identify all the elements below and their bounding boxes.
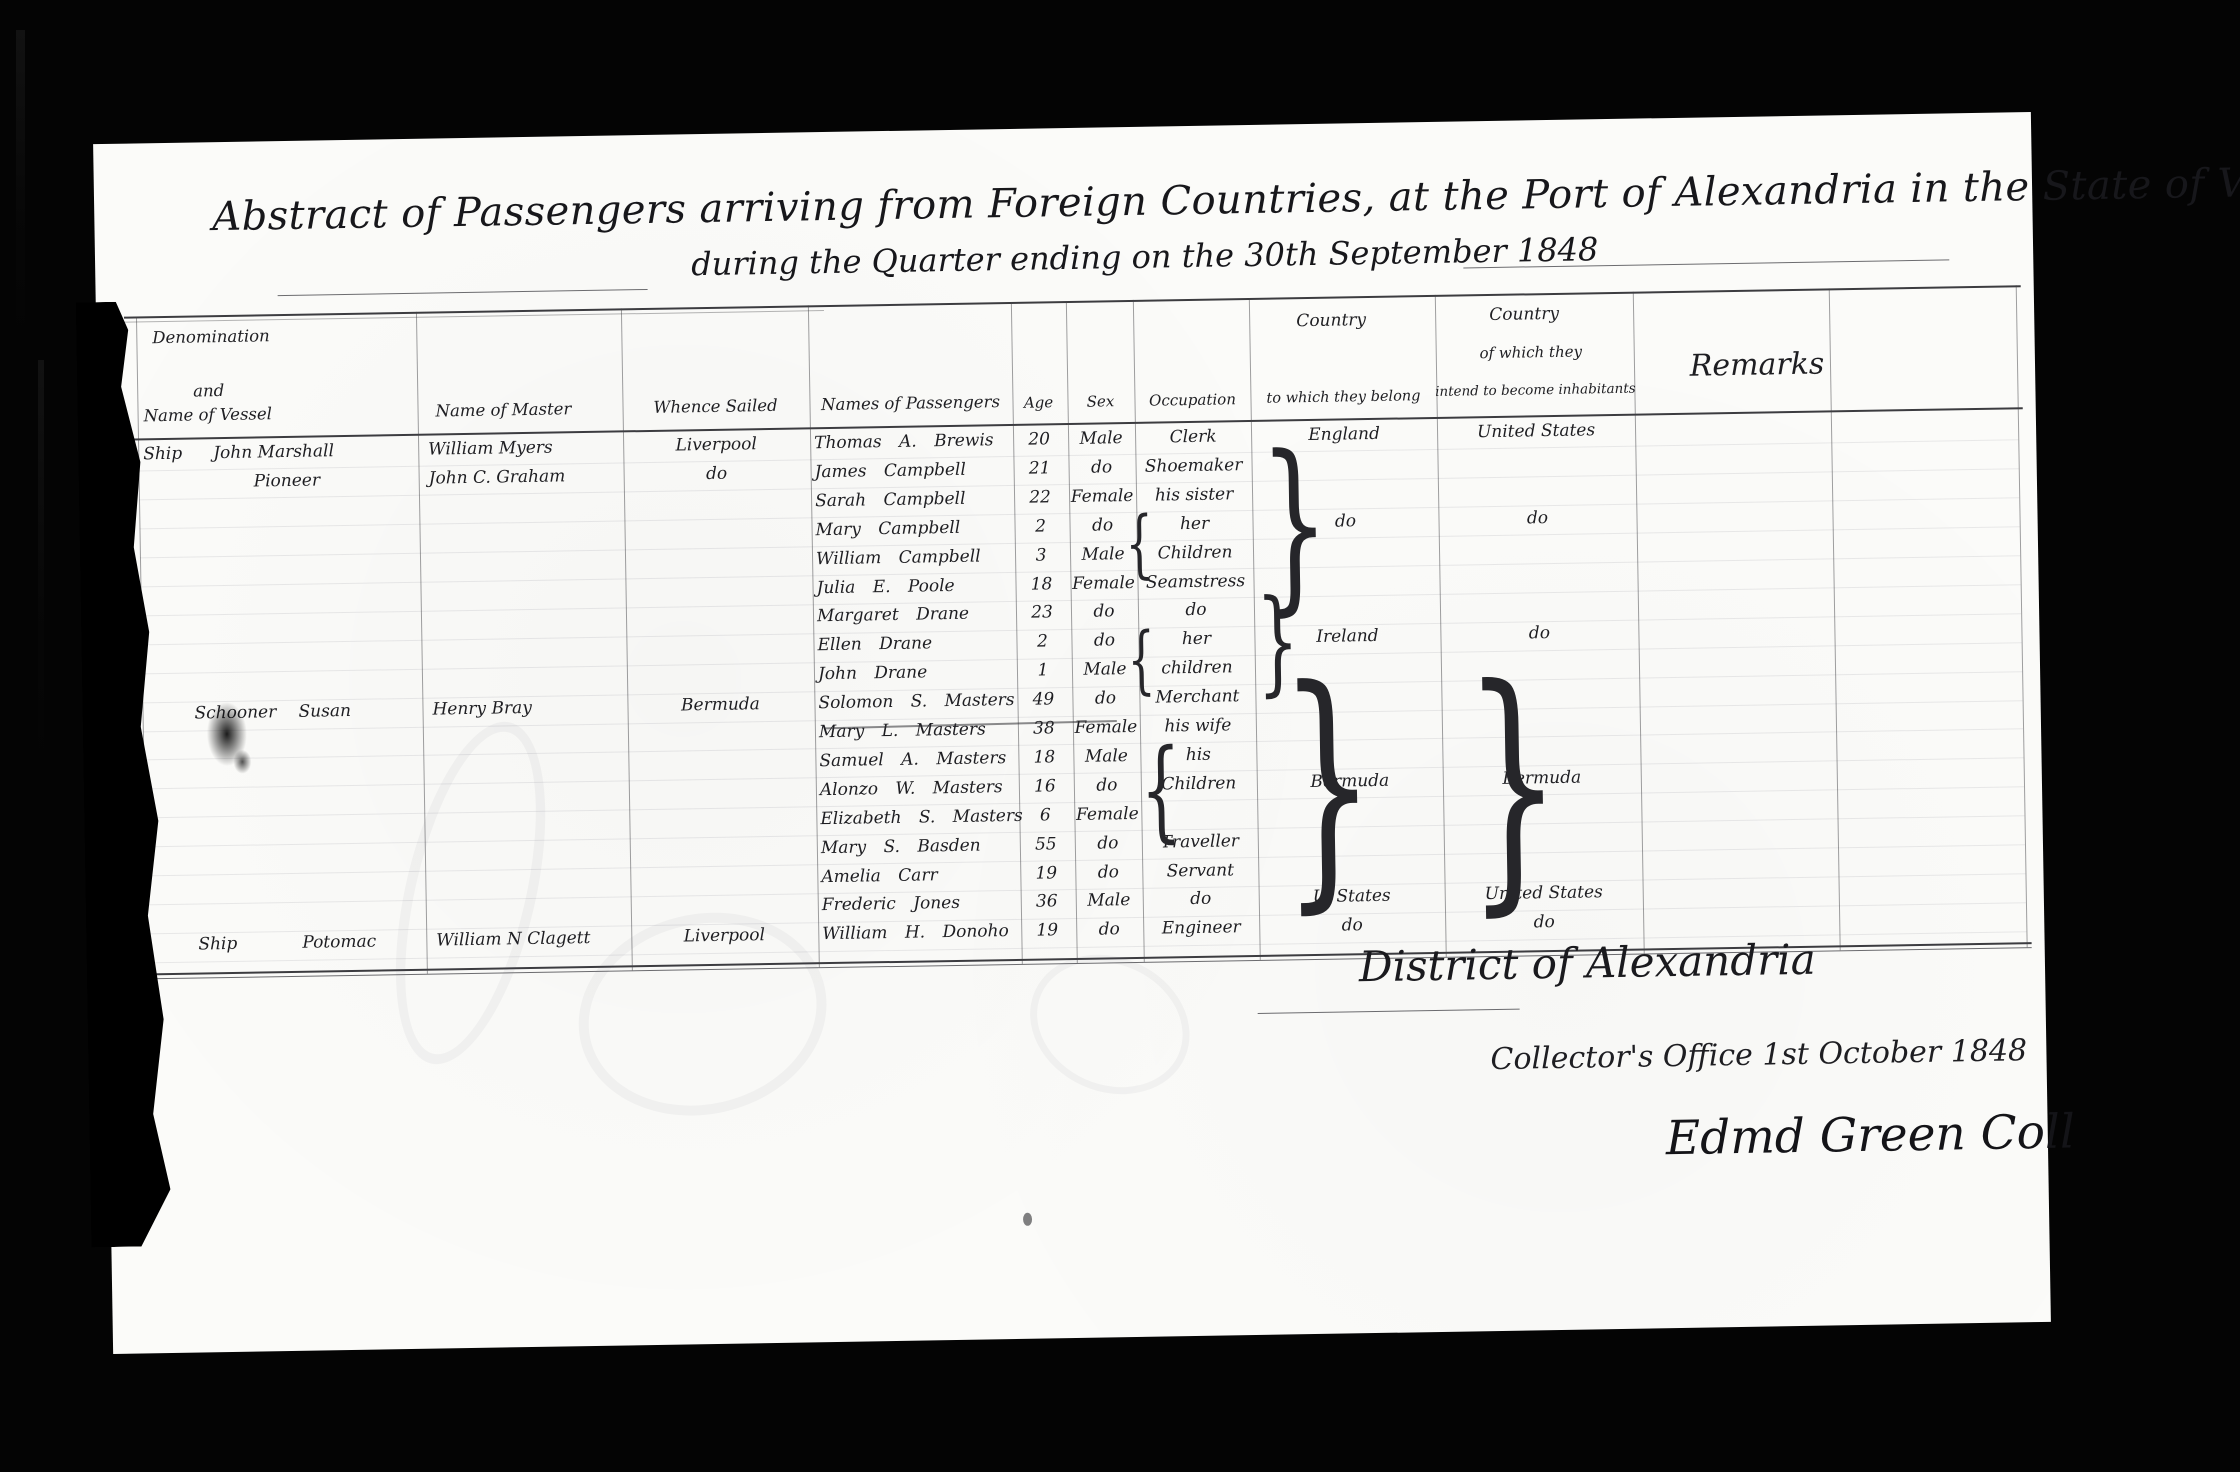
header-denomination-and: and: [193, 382, 224, 401]
title-underline-left: [278, 289, 648, 296]
cell-passenger: Frederic Jones: [822, 894, 961, 916]
header-whence-sailed: Whence Sailed: [653, 397, 778, 418]
cell-sex: do: [1097, 834, 1118, 854]
group-brace-bermuda-intended: }: [1428, 679, 1598, 892]
header-remarks: Remarks: [1689, 347, 1824, 384]
cell-passenger: Thomas A. Brewis: [814, 431, 994, 454]
cell-sex: do: [1094, 632, 1115, 652]
cell-vessel_type: Ship: [143, 445, 182, 465]
collectors-office-line: Collector's Office 1st October 1848: [1490, 1034, 2027, 1077]
cell-country_intended: United States: [1477, 421, 1595, 443]
cell-whence: do: [706, 465, 727, 485]
cell-age: 22: [1029, 488, 1051, 508]
cell-master: Henry Bray: [432, 699, 532, 720]
cell-passenger: Mary S. Basden: [821, 836, 981, 858]
cell-occupation: children: [1161, 659, 1233, 680]
cell-age: 16: [1034, 777, 1056, 797]
cell-age: 3: [1035, 546, 1046, 566]
header-country-intended: Country: [1489, 305, 1559, 326]
header-occupation: Occupation: [1149, 391, 1236, 410]
cell-sex: Male: [1085, 747, 1128, 767]
cell-occupation: his sister: [1155, 485, 1234, 506]
cell-passenger: Samuel A. Masters: [819, 749, 1006, 772]
cell-occupation: do: [1185, 601, 1206, 621]
cell-age: 2: [1035, 517, 1046, 537]
cell-passenger: John Drane: [818, 664, 928, 685]
cell-passenger: Margaret Drane: [817, 605, 969, 627]
cell-sex: do: [1099, 921, 1120, 941]
cell-age: 55: [1035, 835, 1057, 855]
cell-occupation: Merchant: [1155, 687, 1239, 708]
collector-signature: Edmd Green Coll: [1665, 1105, 2075, 1166]
cell-whence: Liverpool: [675, 435, 757, 456]
cell-passenger: James Campbell: [814, 461, 966, 483]
scan-speck: [1023, 1213, 1032, 1226]
header-denomination: Denomination: [152, 327, 270, 348]
cell-passenger: Sarah Campbell: [815, 490, 966, 512]
cell-age: 2: [1037, 633, 1048, 653]
cell-occupation: Children: [1157, 543, 1232, 564]
group-brace-drane-children: {: [1117, 630, 1165, 689]
group-brace-masters-children: {: [1125, 746, 1196, 833]
page-subtitle: during the Quarter ending on the 30th Se…: [691, 231, 1599, 283]
header-age: Age: [1024, 394, 1054, 412]
cell-passenger: Amelia Carr: [821, 866, 938, 887]
cell-whence: Bermuda: [681, 695, 760, 716]
cell-passenger: Mary Campbell: [815, 519, 960, 541]
cell-vessel_name: Susan: [298, 702, 351, 722]
cell-sex: do: [1093, 603, 1114, 623]
group-brace-campbell-children: {: [1115, 514, 1163, 573]
cell-vessel_type: Ship: [198, 935, 237, 955]
group-brace-bermuda: }: [1244, 680, 1412, 889]
header-sex: Sex: [1087, 393, 1115, 411]
cell-occupation: her: [1182, 630, 1211, 650]
header-country-intended-2: of which they: [1479, 343, 1582, 362]
cell-age: 36: [1036, 893, 1058, 913]
header-master: Name of Master: [435, 400, 571, 421]
cell-occupation: Servant: [1166, 861, 1234, 882]
page-title: Abstract of Passengers arriving from For…: [212, 158, 2240, 240]
header-country-intended-3: intend to become inhabitants: [1435, 382, 1636, 401]
cell-occupation: Engineer: [1162, 919, 1241, 940]
header-passengers: Names of Passengers: [821, 393, 1000, 415]
scan-edge-streak: [16, 30, 25, 350]
cell-occupation: Clerk: [1169, 428, 1216, 448]
cell-sex: do: [1095, 689, 1116, 709]
district-underline: [1258, 1009, 1520, 1015]
cell-occupation: Shoemaker: [1145, 456, 1243, 477]
cell-passenger: Elizabeth S. Masters: [820, 807, 1023, 830]
scanned-document: Abstract of Passengers arriving from For…: [0, 0, 2240, 1472]
cell-sex: do: [1092, 516, 1113, 536]
table-gridlines: [93, 112, 2031, 144]
cell-passenger: Julia E. Poole: [816, 576, 954, 598]
cell-age: 49: [1032, 690, 1054, 710]
cell-sex: do: [1091, 458, 1112, 478]
cell-sex: do: [1096, 776, 1117, 796]
cell-vessel_name: John Marshall: [213, 442, 334, 464]
cell-sex: do: [1098, 863, 1119, 883]
cell-country_intended: do: [1527, 509, 1548, 529]
cell-age: 1: [1037, 662, 1048, 682]
cell-passenger: William H. Donoho: [822, 922, 1009, 945]
header-country: Country: [1296, 311, 1366, 332]
cell-master: William Myers: [428, 439, 553, 461]
cell-age: 18: [1033, 748, 1055, 768]
scan-edge-streak: [38, 360, 44, 780]
cell-passenger: Ellen Drane: [817, 635, 932, 656]
table-top-border: [124, 285, 2021, 318]
district-line: District of Alexandria: [1359, 936, 1817, 992]
cell-age: 19: [1035, 864, 1057, 884]
cell-occupation: her: [1180, 514, 1209, 534]
header-vessel-name: Name of Vessel: [143, 405, 272, 426]
ink-blotch-small: [233, 750, 251, 774]
cell-master: John C. Graham: [429, 467, 566, 489]
cell-occupation: do: [1190, 890, 1211, 910]
cell-passenger: William Campbell: [816, 547, 981, 569]
cell-age: 19: [1036, 922, 1058, 942]
cell-sex: Male: [1087, 891, 1130, 911]
cell-age: 20: [1028, 430, 1050, 450]
cell-age: 23: [1031, 604, 1053, 624]
cell-vessel_name: Potomac: [302, 933, 376, 954]
cell-age: 21: [1029, 459, 1051, 479]
cell-vessel_name: Pioneer: [254, 471, 321, 492]
header-country-belong: to which they belong: [1266, 388, 1420, 407]
cell-passenger: Alonzo W. Masters: [820, 778, 1003, 801]
cell-age: 18: [1031, 575, 1053, 595]
document-page: Abstract of Passengers arriving from For…: [93, 112, 2051, 1354]
table-body: ShipJohn MarshallWilliam MyersLiverpoolT…: [93, 112, 2031, 144]
cell-occupation: Seamstress: [1146, 572, 1245, 593]
cell-age: 6: [1040, 806, 1051, 826]
cell-passenger: Solomon S. Masters: [818, 691, 1014, 714]
cell-sex: Male: [1079, 429, 1122, 449]
